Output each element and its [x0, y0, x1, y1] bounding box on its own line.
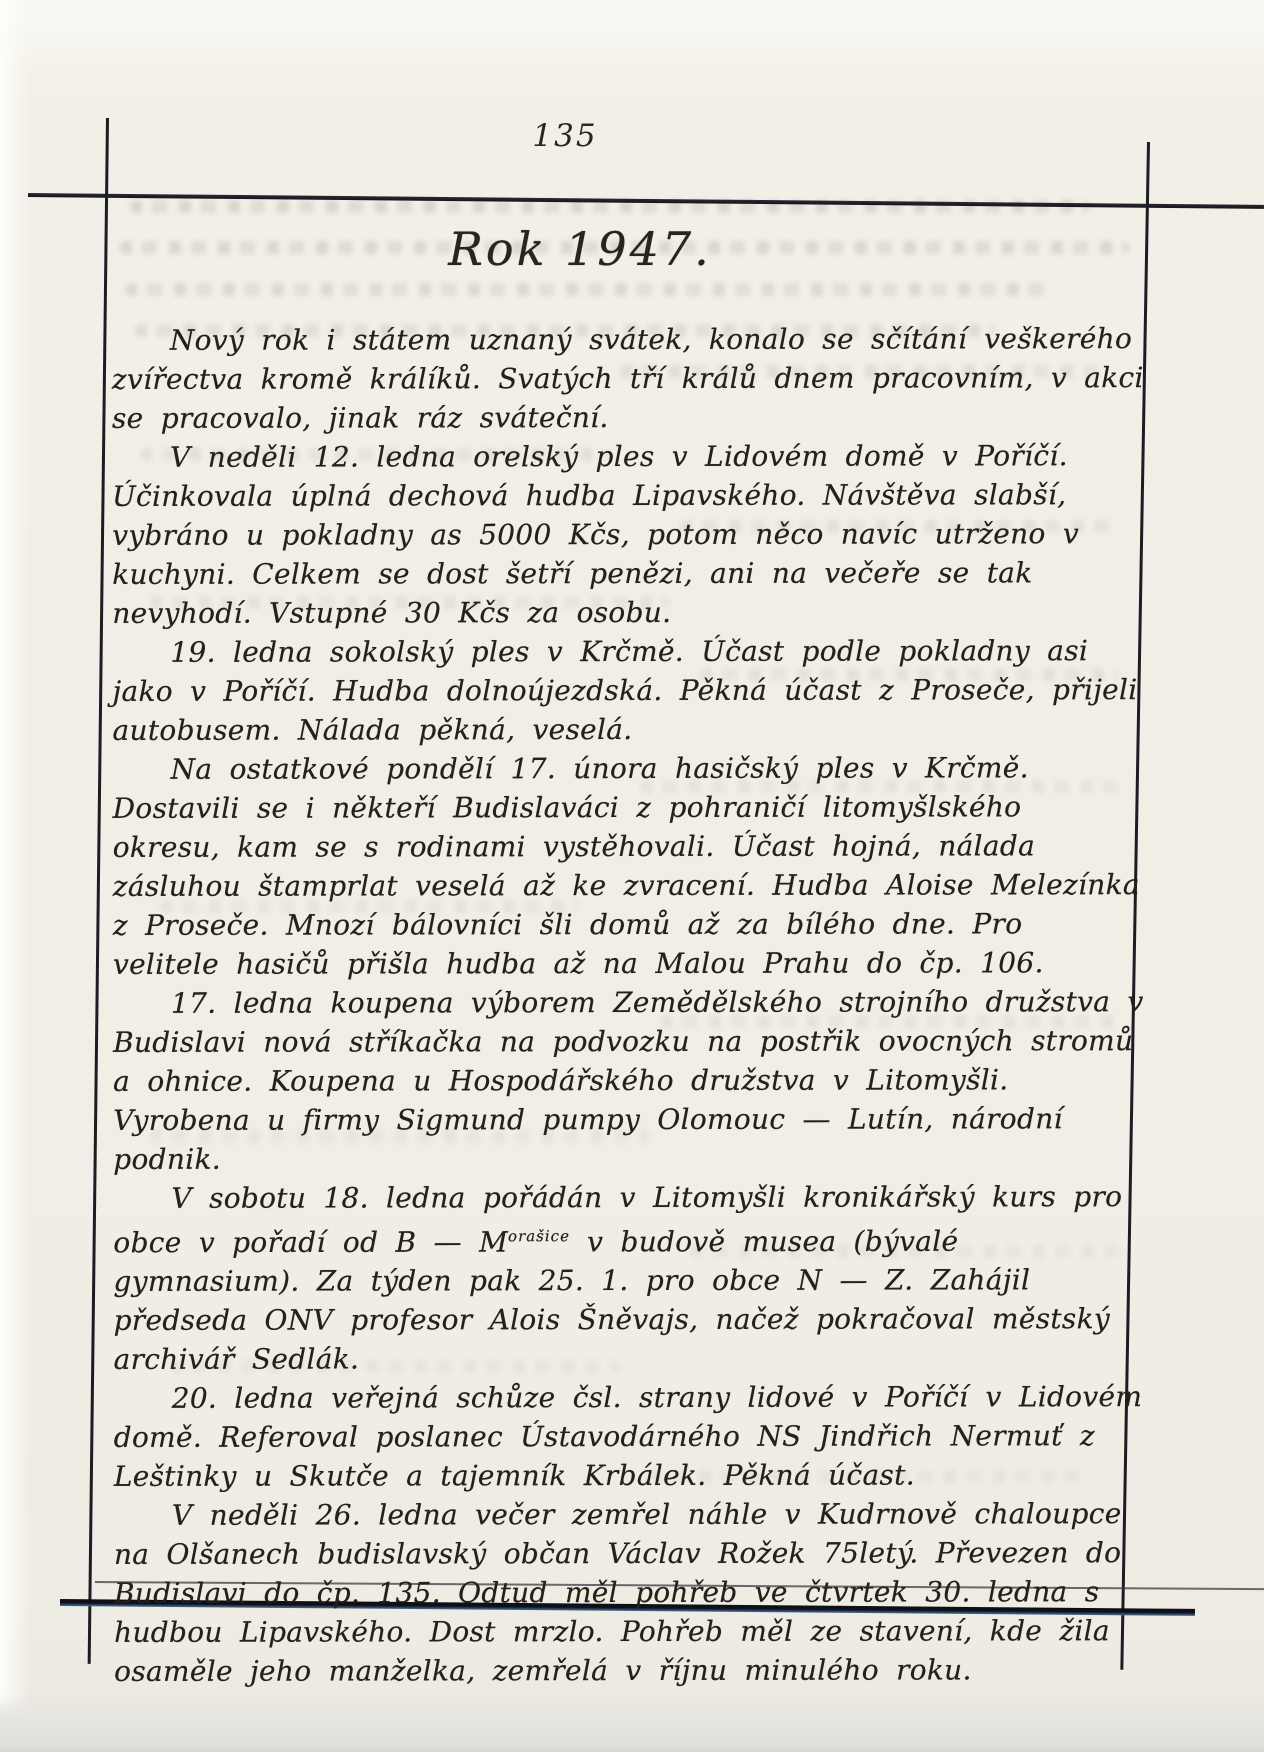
paragraph-chronicler-course: V sobotu 18. ledna pořádán v Litomyšli k… [113, 1177, 1145, 1379]
scanned-chronicle-page: 135 Rok 1947. Nový rok i státem uznaný s… [0, 0, 1264, 1752]
left-margin-line [88, 118, 109, 1664]
paragraph-funeral: V neděli 26. ledna večer zemřel náhle v … [114, 1494, 1146, 1691]
paragraph-sprayer-purchase: 17. ledna koupena výborem Zemědělského s… [113, 982, 1145, 1179]
page-number: 135 [0, 118, 1130, 154]
page-title: Rok 1947. [0, 222, 1160, 276]
paragraph-orel-ball: V neděli 12. ledna orelský ples v Lidové… [112, 436, 1144, 633]
course-superscript: orašice [508, 1227, 570, 1245]
paragraph-public-meeting: 20. ledna veřejná schůze čsl. strany lid… [114, 1377, 1146, 1496]
chronicle-body: Nový rok i státem uznaný svátek, konalo … [112, 319, 1146, 1691]
paper-bottom-edge [0, 1693, 1264, 1752]
paragraph-firemen-ball: Na ostatkové pondělí 17. února hasičský … [113, 748, 1145, 984]
paragraph-new-year: Nový rok i státem uznaný svátek, konalo … [112, 319, 1144, 438]
paper-top-edge [0, 0, 1264, 70]
paragraph-sokol-ball: 19. ledna sokolský ples v Krčmě. Účast p… [112, 631, 1144, 750]
bleedthrough-line [125, 283, 1055, 296]
